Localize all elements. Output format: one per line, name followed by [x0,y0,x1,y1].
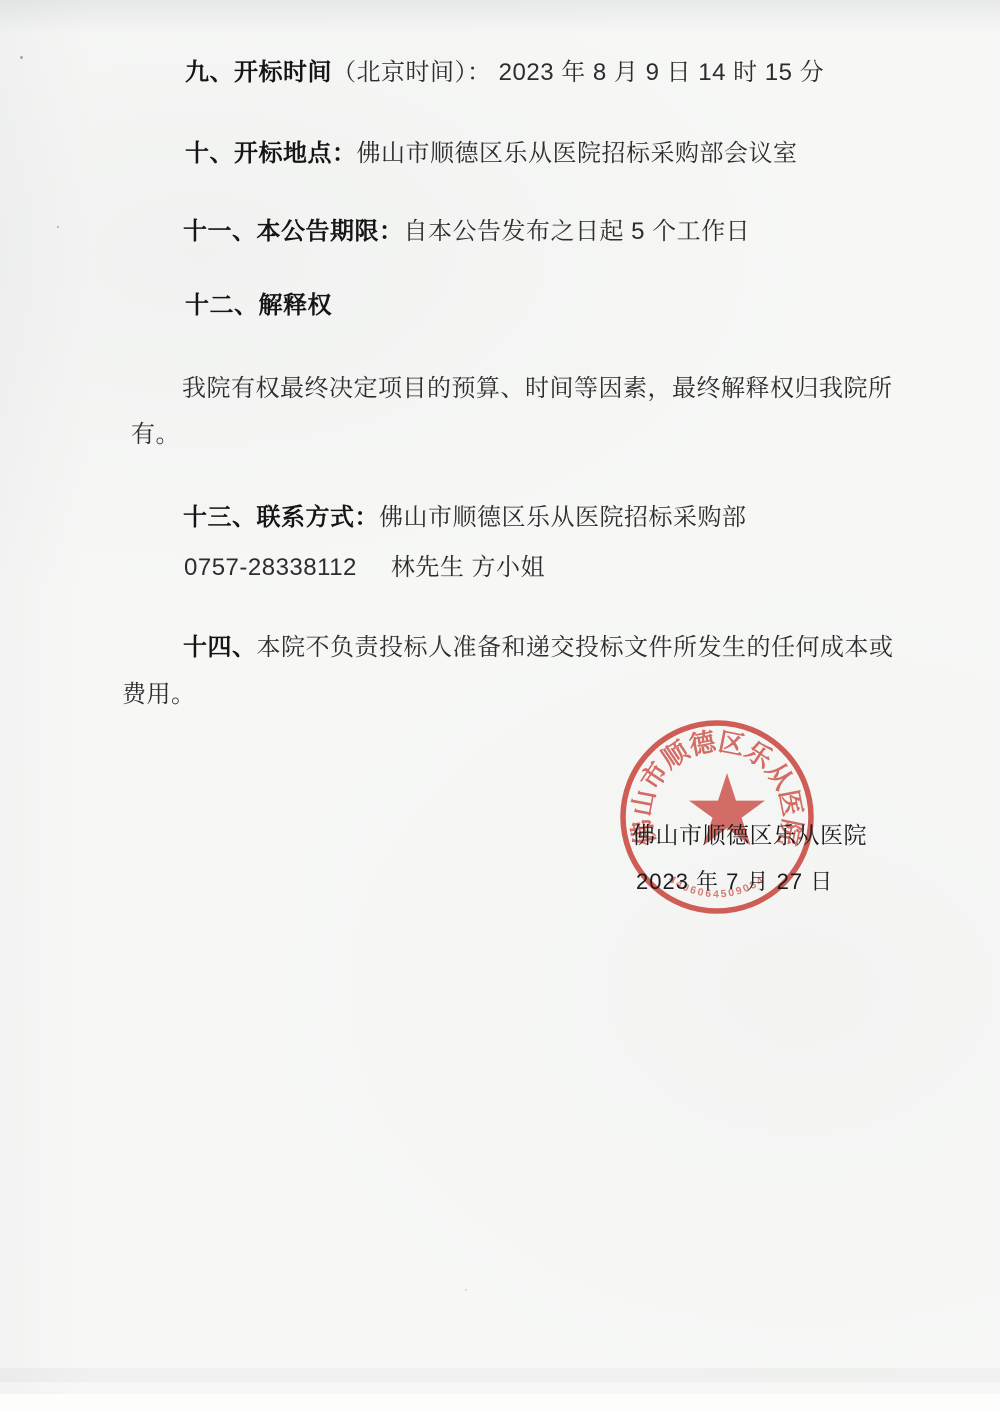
signature-org-name: 佛山市顺德区乐从医院 [632,817,867,850]
section-12-paragraph-text-2: 有。 [131,421,180,448]
section-11-announcement-period: 十一、本公告期限：自本公告发布之日起 5 个工作日 [183,218,750,246]
contact-phone-line: 0757-28338112林先生 方小姐 [184,554,545,582]
scanned-document-page: 九、开标时间（北京时间）： 2023 年 8 月 9 日 14 时 15 分 十… [0,0,1000,1412]
scan-speck [465,1289,467,1291]
section-12-interpretation-right: 十二、解释权 [185,292,332,320]
section-10-value: 佛山市顺德区乐从医院招标采购部会议室 [357,140,798,167]
section-11-value: 自本公告发布之日起 5 个工作日 [404,218,751,245]
section-9-open-bid-time: 九、开标时间（北京时间）： 2023 年 8 月 9 日 14 时 15 分 [185,59,824,87]
section-9-heading: 九、开标时间 [185,59,332,86]
section-13-heading: 十三、联系方式： [183,504,379,531]
section-14-value: 本院不负责投标人准备和递交投标文件所发生的任何成本或 [257,634,894,661]
section-10-heading: 十、开标地点： [185,140,357,167]
section-11-heading: 十一、本公告期限： [183,218,404,245]
section-9-value: （北京时间）： 2023 年 8 月 9 日 14 时 15 分 [332,59,824,86]
section-12-paragraph-line-2: 有。 [131,421,180,449]
section-12-paragraph-line-1: 我院有权最终决定项目的预算、时间等因素，最终解释权归我院所 [182,375,893,403]
section-10-open-bid-location: 十、开标地点：佛山市顺德区乐从医院招标采购部会议室 [185,140,798,168]
contact-persons: 林先生 方小姐 [391,554,545,582]
section-13-contact-info: 十三、联系方式：佛山市顺德区乐从医院招标采购部 [183,504,747,532]
scan-artifact-band [0,1368,1000,1382]
section-14-cost-disclaimer: 十四、本院不负责投标人准备和递交投标文件所发生的任何成本或 [183,634,894,662]
scan-speck [57,226,59,228]
signature-date: 2023 年 7 月 27 日 [636,865,833,896]
section-13-value: 佛山市顺德区乐从医院招标采购部 [379,504,747,531]
section-12-heading: 十二、解释权 [185,292,332,319]
section-14-paragraph-text-2: 费用。 [122,681,196,708]
scan-speck [20,56,23,59]
section-14-paragraph-line-2: 费用。 [122,681,196,709]
section-14-heading: 十四、 [183,634,257,661]
phone-number: 0757-28338112 [184,554,357,581]
section-12-paragraph-text-1: 我院有权最终决定项目的预算、时间等因素，最终解释权归我院所 [182,375,893,402]
scan-artifact-bottom-edge [0,1394,1000,1412]
